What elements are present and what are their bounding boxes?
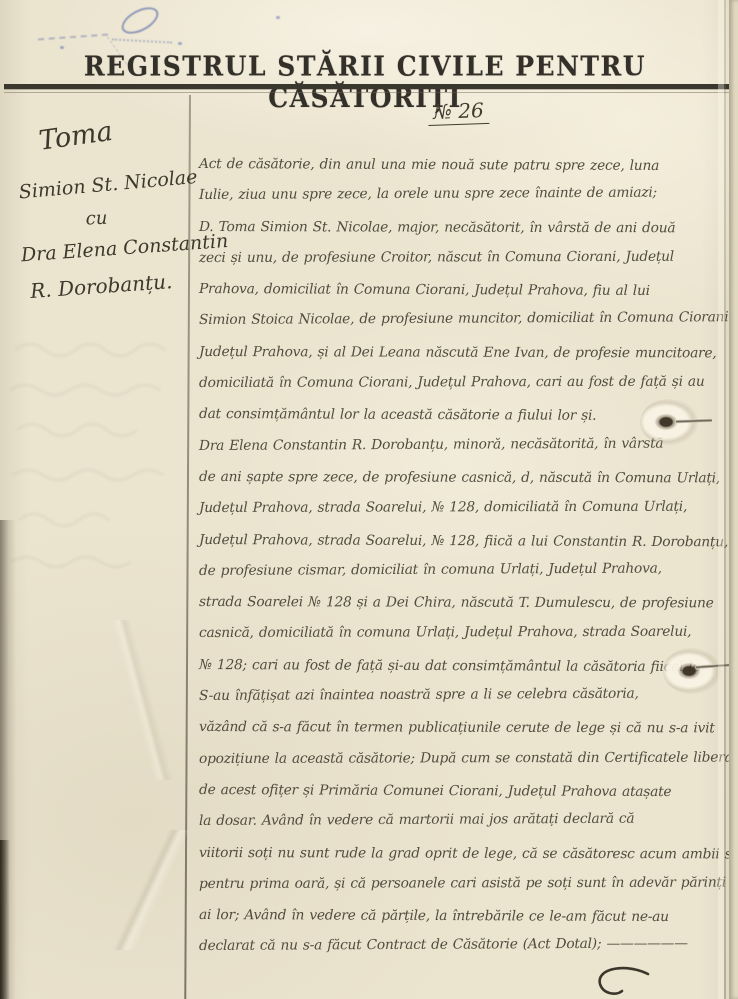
act-line: S-au înfățișat azi înaintea noastră spre…: [199, 677, 734, 711]
margin-groom-surname: Toma: [37, 116, 114, 157]
act-line: de profesiune cismar, domiciliat în comu…: [199, 552, 734, 586]
paper-crease: [20, 830, 280, 950]
act-line: Simion Stoica Nicolae, de profesiune mun…: [199, 302, 734, 336]
act-line: văzând că s-a făcut în termen publicațiu…: [199, 711, 734, 744]
act-line: casnică, domiciliată în comuna Urlați, J…: [199, 616, 734, 649]
ink-stamp-dot: [276, 16, 280, 19]
act-number: № 26: [193, 99, 723, 125]
header-rule-thick: [4, 84, 729, 89]
header-rule-thin: [4, 92, 729, 93]
act-number-value: № 26: [427, 98, 489, 126]
act-line: Iulie, ziua unu spre zece, la orele unu …: [199, 176, 734, 210]
bleedthrough-ghost: [5, 330, 185, 590]
act-line: domiciliată în Comuna Ciorani, Județul P…: [199, 366, 734, 399]
binding-edge: [0, 840, 10, 999]
pen-flourish: [584, 966, 656, 999]
act-line: Județul Prahova, și al Dei Leana născută…: [199, 336, 734, 369]
paper-crease: [40, 620, 240, 780]
ink-stamp-dot: [178, 42, 182, 45]
act-line: strada Soarelei № 128 și a Dei Chira, nă…: [199, 586, 734, 619]
ink-stamp-icon: [117, 2, 162, 39]
act-line: de ani șapte spre zece, de profesiune ca…: [199, 461, 734, 494]
ink-stamp-dot: [60, 46, 64, 49]
act-line: D. Toma Simion St. Nicolae, major, necăs…: [199, 211, 734, 244]
paper-hole: [663, 648, 721, 694]
ink-stamp-scrawl: [38, 34, 108, 41]
act-line: zeci și unu, de profesiune Croitor, născ…: [199, 240, 734, 273]
margin-conjunction: cu: [85, 208, 107, 230]
margin-bride-name: Dra Elena Constantin: [20, 230, 229, 266]
act-line: opozițiune la această căsătorie; După cu…: [199, 741, 734, 774]
margin-bride-surname: R. Dorobanțu.: [29, 269, 173, 303]
act-line: Județul Prahova, strada Soarelui, № 128,…: [199, 491, 734, 524]
ink-stamp-scrawl: [112, 38, 172, 43]
gutter-crease: [724, 0, 726, 999]
next-page-edge: [729, 0, 738, 999]
margin-groom-name: Simion St. Nicolae: [18, 166, 198, 204]
